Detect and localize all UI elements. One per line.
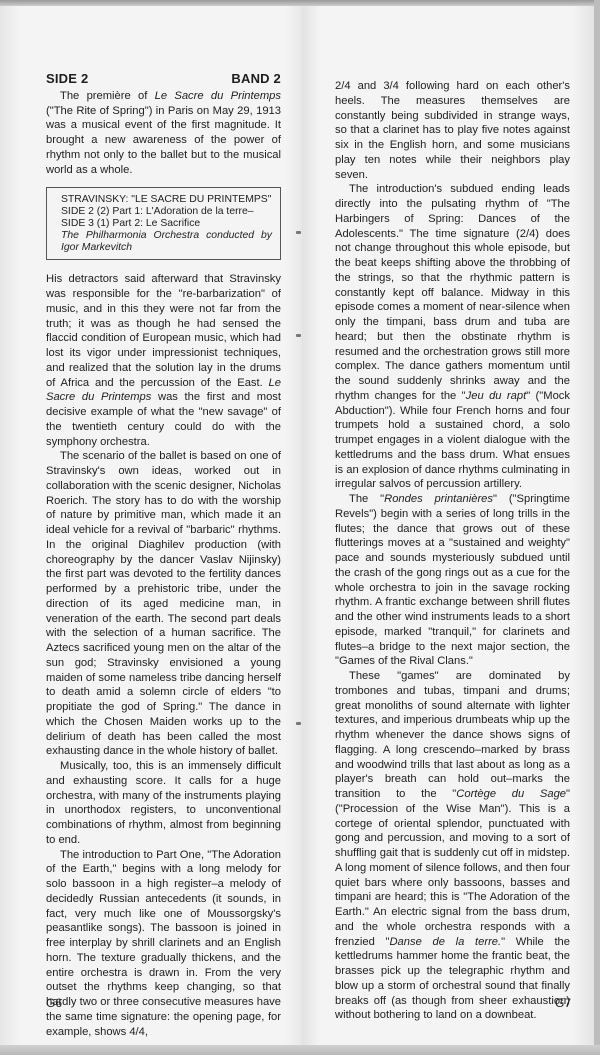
body-paragraph: The introduction's subdued ending leads …	[335, 182, 570, 492]
text: The "	[349, 493, 384, 505]
page-edge	[594, 0, 600, 1055]
body-paragraph: The "Rondes printanières" ("Springtime R…	[335, 492, 570, 669]
section-title: Jeu du rapt	[466, 390, 527, 402]
side-label: SIDE 2	[46, 72, 88, 87]
section-title: Danse de la terre.	[389, 936, 501, 948]
text: " ("Mock Abduction"). While four French …	[335, 390, 570, 491]
staple-mark	[296, 334, 301, 337]
text: " ("Springtime Revels") begin with a ser…	[335, 493, 570, 667]
body-paragraph: The scenario of the ballet is based on o…	[46, 449, 281, 759]
intro-paragraph: The première of Le Sacre du Printemps ("…	[46, 89, 281, 178]
text: The introduction's subdued ending leads …	[335, 183, 570, 402]
left-column: SIDE 2 BAND 2 The première of Le Sacre d…	[46, 72, 281, 1039]
band-label: BAND 2	[231, 72, 281, 87]
page-number-left: G6	[46, 996, 62, 1010]
right-column: 2/4 and 3/4 following hard on each other…	[335, 79, 570, 1023]
body-paragraph: Musically, too, this is an immensely dif…	[46, 759, 281, 848]
work-title: Le Sacre du Printemps	[155, 90, 281, 102]
text: These "games" are dominated by trombones…	[335, 670, 570, 800]
text: " ("Procession of the Wise Man"). This i…	[335, 788, 570, 948]
text: " While the kettledrums hammer home the …	[335, 936, 570, 1022]
section-title: Rondes printanières	[384, 493, 493, 505]
page-number-right: G7	[555, 996, 571, 1010]
text: ("The Rite of Spring") in Paris on May 2…	[46, 105, 281, 176]
side-2-line: SIDE 2 (2) Part 1: L'Adoration de la ter…	[61, 206, 272, 218]
recording-info-box: STRAVINSKY: "LE SACRE DU PRINTEMPS" SIDE…	[46, 187, 281, 260]
staple-mark	[296, 722, 301, 725]
page-bottom-edge	[0, 1045, 600, 1055]
staple-mark	[296, 231, 301, 234]
body-paragraph: 2/4 and 3/4 following hard on each other…	[335, 79, 570, 182]
text: The première of	[60, 90, 155, 102]
side-band-heading: SIDE 2 BAND 2	[46, 72, 281, 87]
performer-credit: The Philharmonia Orchestra conducted by …	[61, 230, 272, 254]
body-paragraph: These "games" are dominated by trombones…	[335, 669, 570, 1023]
body-paragraph: His detractors said afterward that Strav…	[46, 272, 281, 449]
side-3-line: SIDE 3 (1) Part 2: Le Sacrifice	[61, 218, 272, 230]
section-title: Cortège du Sage	[456, 788, 566, 800]
text: His detractors said afterward that Strav…	[46, 273, 281, 388]
body-paragraph: The introduction to Part One, "The Adora…	[46, 848, 281, 1040]
work-line: STRAVINSKY: "LE SACRE DU PRINTEMPS"	[61, 194, 272, 206]
